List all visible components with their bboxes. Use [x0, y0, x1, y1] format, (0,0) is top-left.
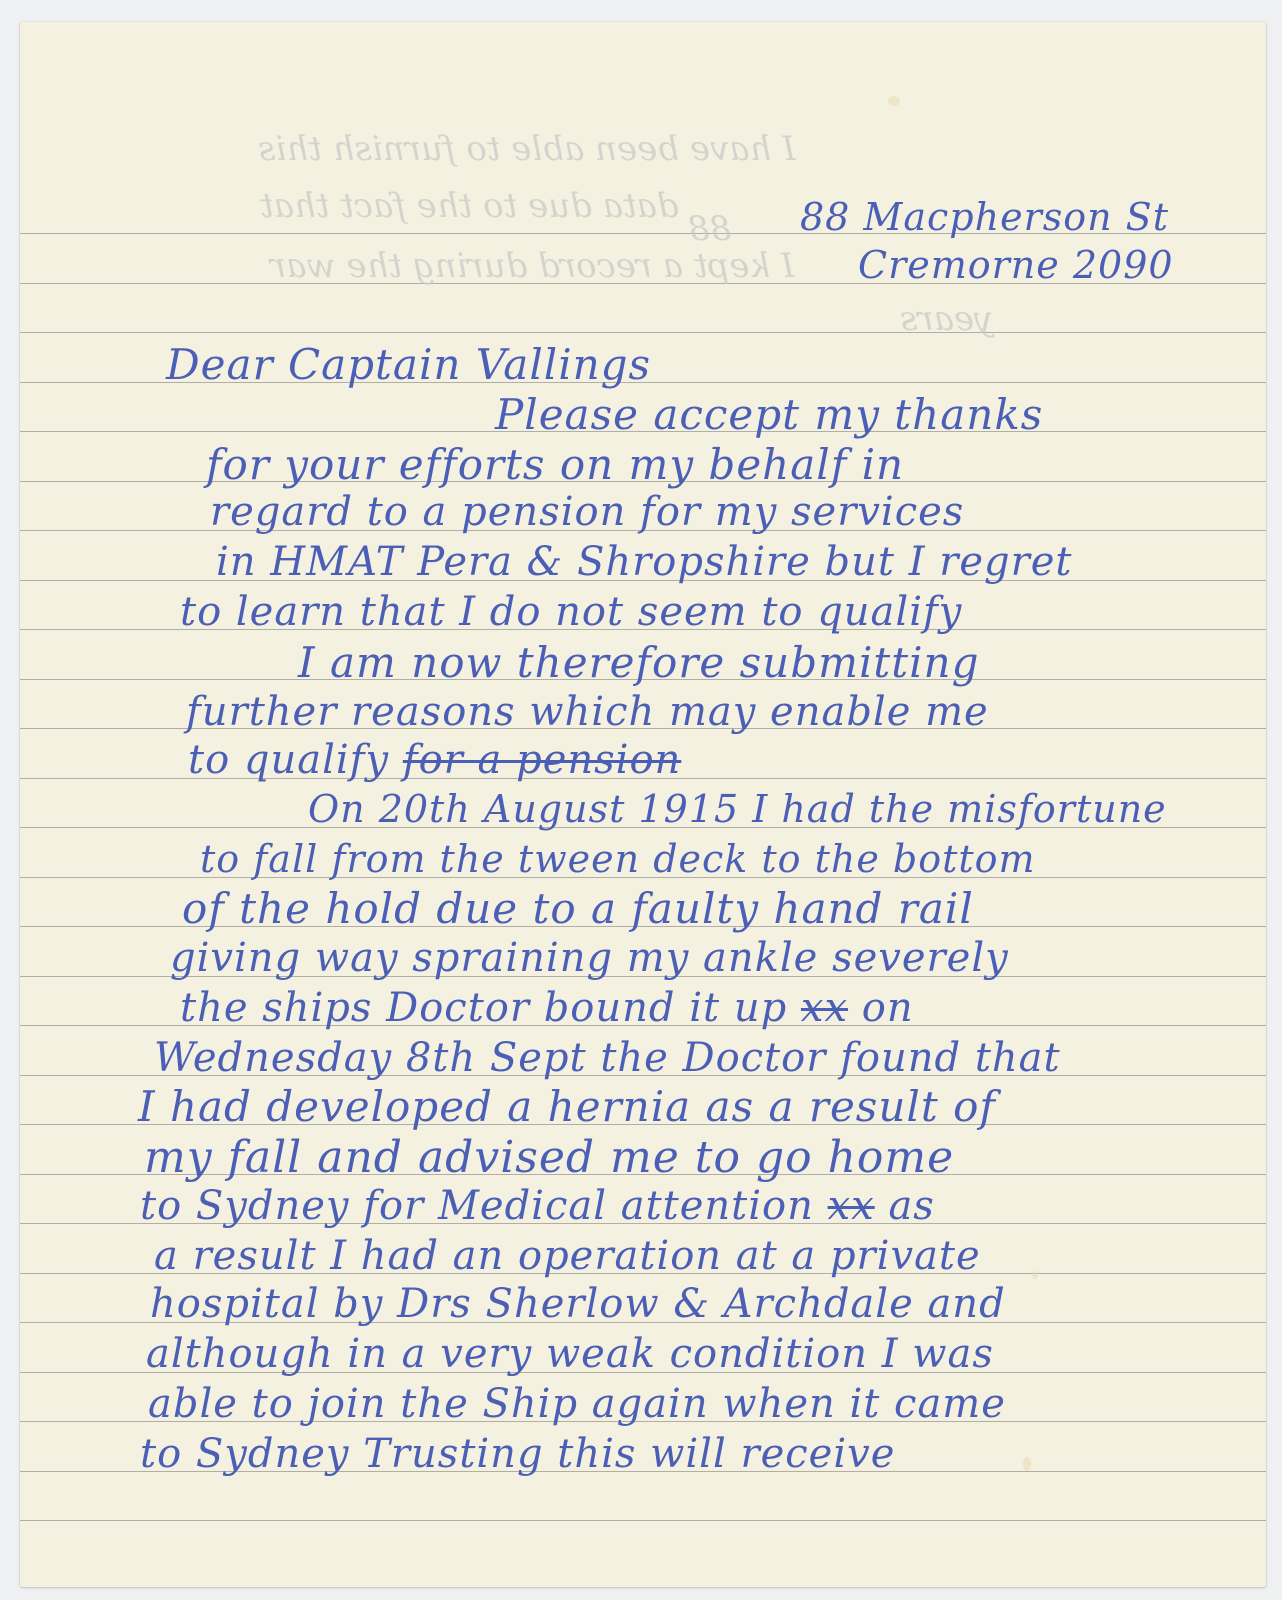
letter-line: although in a very weak condition I was — [146, 1334, 994, 1374]
letter-line: my fall and advised me to go home — [144, 1136, 954, 1180]
letter-line: to Sydney Trusting this will receive — [140, 1434, 895, 1474]
salutation: Dear Captain Vallings — [166, 344, 651, 386]
letter-line: to Sydney for Medical attention xx as — [140, 1186, 935, 1226]
letter-line: Wednesday 8th Sept the Doctor found that — [154, 1038, 1061, 1078]
letter-text: the ships Doctor bound it up — [180, 985, 787, 1031]
letter-line: a result I had an operation at a private — [154, 1236, 981, 1276]
letter-line: in HMAT Pera & Shropshire but I regret — [216, 542, 1073, 582]
ruled-line — [20, 1520, 1266, 1521]
letter-text: to qualify — [188, 737, 389, 783]
ruled-line — [20, 332, 1266, 333]
bleed-through-text: data due to the fact that — [260, 189, 679, 223]
struck-out-text: xx — [801, 985, 848, 1031]
letter-text: to Sydney for Medical attention — [140, 1183, 814, 1229]
letter-line: giving way spraining my ankle severely — [170, 938, 1009, 978]
letter-line: I had developed a hernia as a result of — [138, 1086, 996, 1128]
paper-stain — [888, 96, 900, 106]
bleed-through-text: years — [900, 302, 993, 336]
letter-page: I have been able to furnish this data du… — [20, 22, 1266, 1587]
bleed-through-text: I have been able to furnish this — [258, 132, 796, 166]
letter-line: regard to a pension for my services — [210, 492, 964, 532]
letter-text: as — [888, 1183, 934, 1229]
paper-stain — [1023, 1457, 1031, 1471]
address-suburb: Cremorne 2090 — [858, 246, 1174, 284]
address-street: 88 Macpherson St — [800, 198, 1169, 236]
letter-line: the ships Doctor bound it up xx on — [180, 988, 914, 1028]
letter-line: Please accept my thanks — [495, 394, 1043, 436]
letter-line: to fall from the tween deck to the botto… — [200, 840, 1036, 878]
letter-line: able to join the Ship again when it came — [148, 1384, 1006, 1424]
letter-line: On 20th August 1915 I had the misfortune — [308, 790, 1167, 828]
struck-out-text: for a pension — [403, 737, 682, 783]
struck-out-text: xx — [828, 1183, 875, 1229]
bleed-through-number: 88 — [688, 212, 731, 246]
letter-line: of the hold due to a faulty hand rail — [182, 888, 974, 930]
letter-line: to learn that I do not seem to qualify — [180, 592, 962, 632]
letter-line: further reasons which may enable me — [186, 692, 989, 732]
letter-line: I am now therefore submitting — [298, 642, 980, 684]
letter-line: to qualify for a pension — [188, 740, 681, 780]
bleed-through-text: I kept a record during the war — [270, 249, 794, 283]
letter-text: on — [862, 985, 914, 1031]
paper-stain — [1032, 1271, 1038, 1279]
letter-line: hospital by Drs Sherlow & Archdale and — [150, 1284, 1006, 1324]
letter-line: for your efforts on my behalf in — [206, 444, 904, 486]
